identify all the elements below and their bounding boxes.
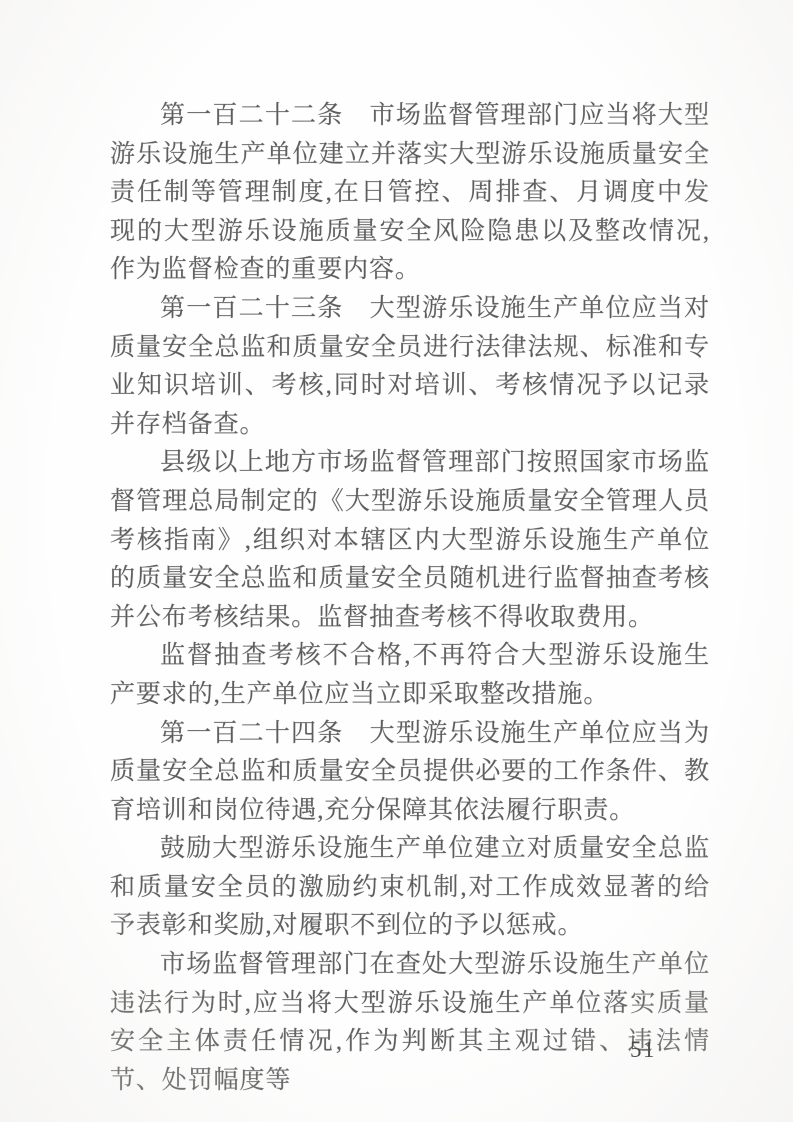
paragraph-body: 鼓励大型游乐设施生产单位建立对质量安全总监和质量安全员的激励约束机制,对工作成效… (110, 835, 710, 939)
paragraph-body: 市场监督管理部门应当将大型游乐设施生产单位建立并落实大型游乐设施质量安全责任制等… (110, 102, 710, 283)
page-number: 51 (630, 1037, 656, 1063)
paragraph: 监督抽查考核不合格,不再符合大型游乐设施生产要求的,生产单位应当立即采取整改措施… (110, 637, 710, 714)
paragraph: 县级以上地方市场监督管理部门按照国家市场监督管理总局制定的《大型游乐设施质量安全… (110, 444, 710, 637)
scanned-document-page: 第一百二十二条市场监督管理部门应当将大型游乐设施生产单位建立并落实大型游乐设施质… (0, 0, 793, 1122)
paragraph-article-122: 第一百二十二条市场监督管理部门应当将大型游乐设施生产单位建立并落实大型游乐设施质… (110, 97, 710, 290)
paragraph-article-124: 第一百二十四条大型游乐设施生产单位应当为质量安全总监和质量安全员提供必要的工作条… (110, 715, 710, 831)
article-number: 第一百二十二条 (160, 102, 370, 129)
paragraph-article-123: 第一百二十三条大型游乐设施生产单位应当对质量安全总监和质量安全员进行法律法规、标… (110, 290, 710, 444)
article-number: 第一百二十四条 (160, 720, 370, 747)
paragraph-body: 监督抽查考核不合格,不再符合大型游乐设施生产要求的,生产单位应当立即采取整改措施… (110, 642, 710, 708)
paragraph-body: 市场监督管理部门在查处大型游乐设施生产单位违法行为时,应当将大型游乐设施生产单位… (110, 951, 710, 1094)
paragraph: 市场监督管理部门在查处大型游乐设施生产单位违法行为时,应当将大型游乐设施生产单位… (110, 946, 710, 1100)
paragraph-body: 县级以上地方市场监督管理部门按照国家市场监督管理总局制定的《大型游乐设施质量安全… (110, 449, 710, 630)
article-number: 第一百二十三条 (160, 295, 370, 322)
paragraph: 鼓励大型游乐设施生产单位建立对质量安全总监和质量安全员的激励约束机制,对工作成效… (110, 830, 710, 946)
document-text-block: 第一百二十二条市场监督管理部门应当将大型游乐设施生产单位建立并落实大型游乐设施质… (110, 97, 710, 1100)
